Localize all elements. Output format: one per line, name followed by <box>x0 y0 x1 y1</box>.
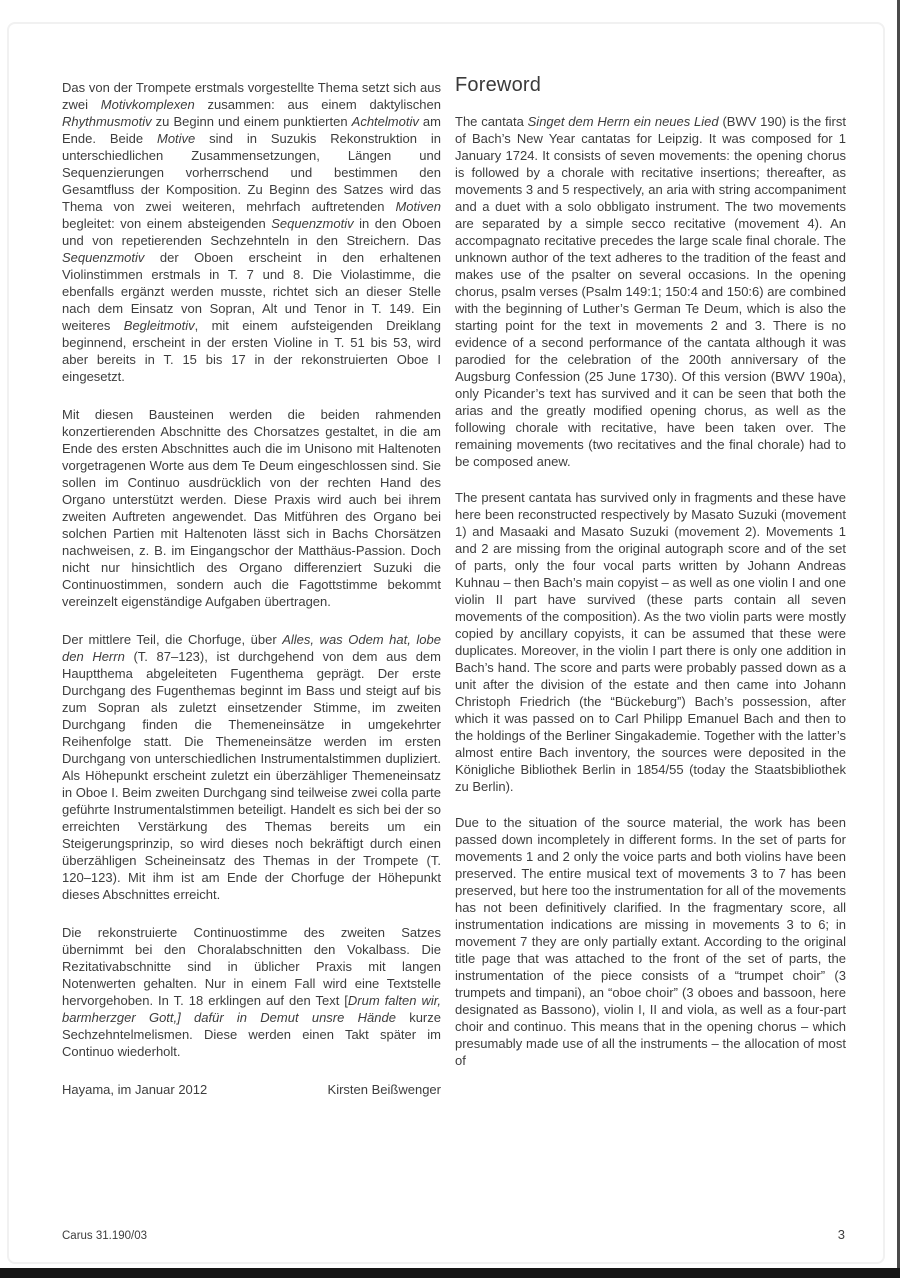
german-paragraph-1: Das von der Trompete erstmals vorgestell… <box>62 79 441 385</box>
german-paragraph-4: Die rekonstruierte Continuostimme des zw… <box>62 924 441 1060</box>
english-paragraph-3: Due to the situation of the source mater… <box>455 814 846 1069</box>
english-text-column: Foreword The cantata Singet dem Herrn ei… <box>455 74 846 1098</box>
german-text-column: Das von der Trompete erstmals vorgestell… <box>62 79 441 1098</box>
two-column-text-area: Das von der Trompete erstmals vorgestell… <box>62 74 846 1098</box>
english-paragraph-2: The present cantata has survived only in… <box>455 489 846 795</box>
foreword-heading: Foreword <box>455 74 846 97</box>
signature-row: Hayama, im Januar 2012 Kirsten Beißwenge… <box>62 1081 441 1098</box>
german-paragraph-3: Der mittlere Teil, die Chorfuge, über Al… <box>62 631 441 903</box>
page-footer: Carus 31.190/03 3 <box>62 1228 845 1243</box>
footer-edition-number: Carus 31.190/03 <box>62 1229 147 1243</box>
signature-place-date: Hayama, im Januar 2012 <box>62 1081 207 1098</box>
scan-artifact-bottom-bar <box>0 1268 900 1278</box>
signature-author: Kirsten Beißwenger <box>328 1081 441 1098</box>
scanned-document-page: Das von der Trompete erstmals vorgestell… <box>0 0 900 1278</box>
footer-page-number: 3 <box>838 1228 845 1242</box>
german-paragraph-2: Mit diesen Bausteinen werden die beiden … <box>62 406 441 610</box>
english-paragraph-1: The cantata Singet dem Herrn ein neues L… <box>455 113 846 470</box>
